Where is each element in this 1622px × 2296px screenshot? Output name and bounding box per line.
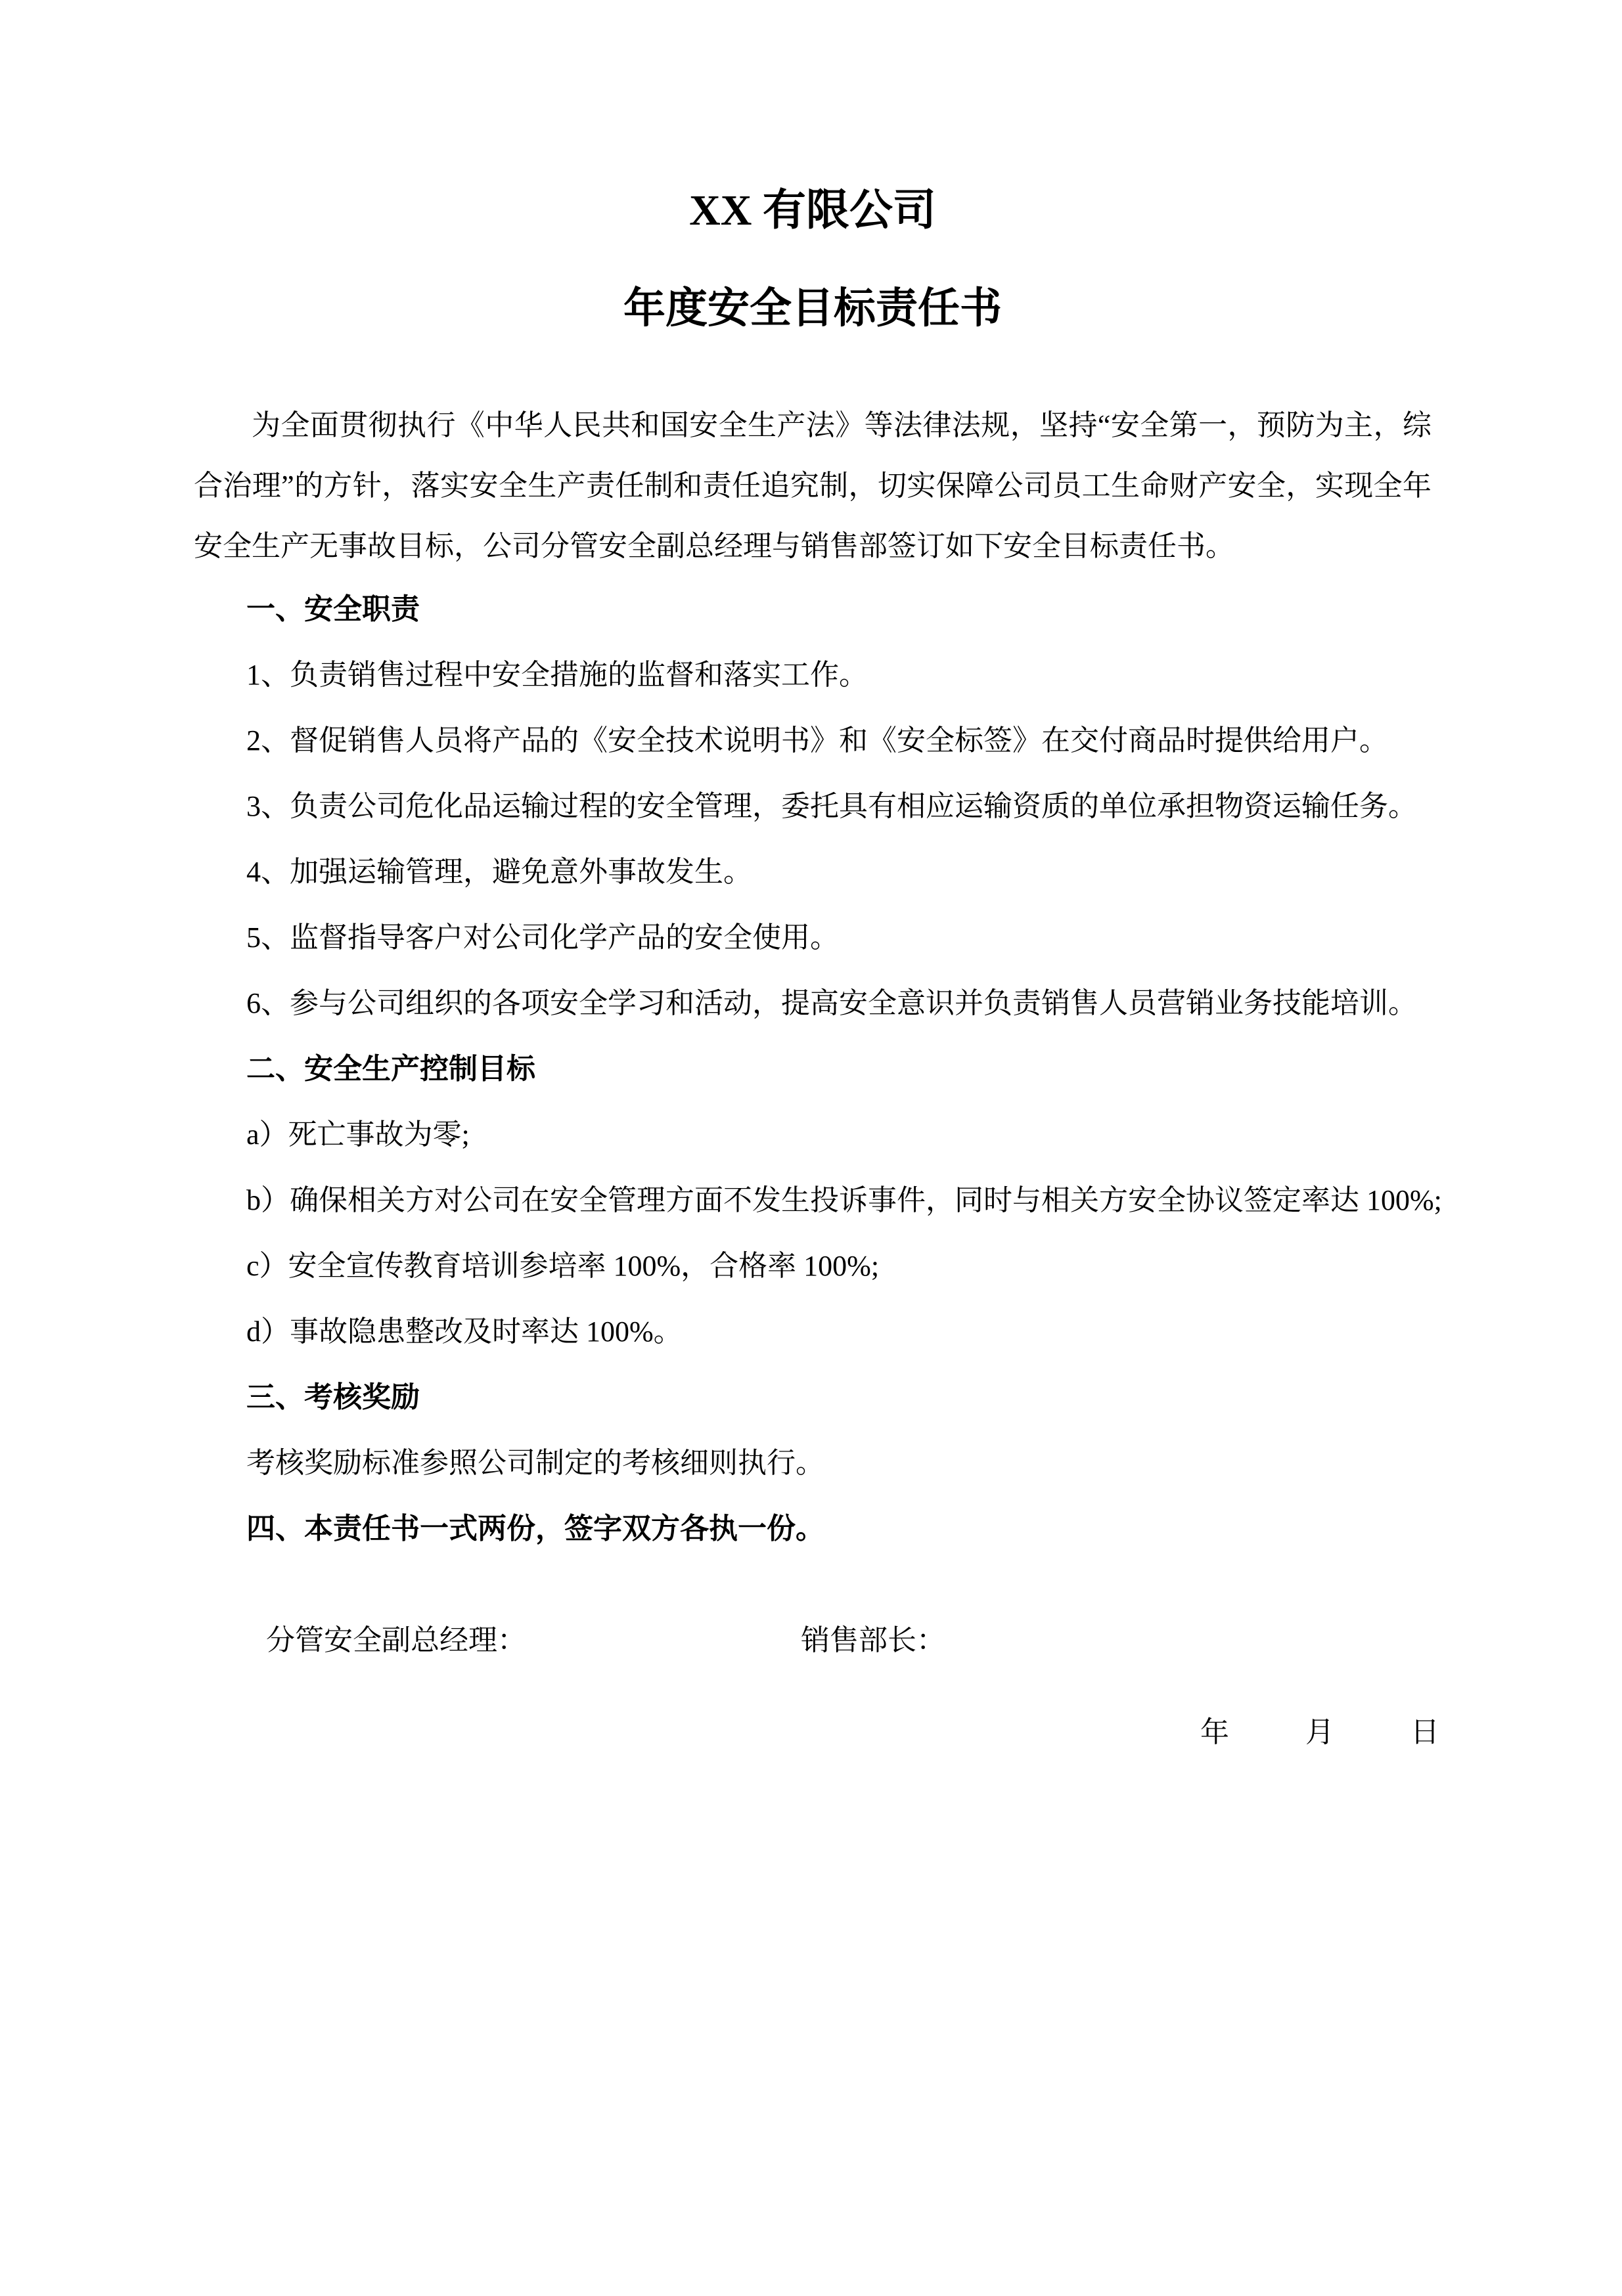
section-2-item-d: d）事故隐患整改及时率达 100%。 [194, 1299, 1431, 1365]
document-title: XX 有限公司 [194, 189, 1431, 232]
section-1-item-4: 4、加强运输管理，避免意外事故发生。 [194, 839, 1431, 905]
section-1-item-1: 1、负责销售过程中安全措施的监督和落实工作。 [194, 642, 1431, 708]
section-3-heading: 三、考核奖励 [194, 1365, 1431, 1430]
signature-left-label: 分管安全副总经理： [266, 1608, 526, 1673]
section-2-item-b: b）确保相关方对公司在安全管理方面不发生投诉事件，同时与相关方安全协议签定率达 … [194, 1168, 1431, 1233]
section-1-heading: 一、安全职责 [194, 577, 1431, 642]
section-1-item-6: 6、参与公司组织的各项安全学习和活动，提高安全意识并负责销售人员营销业务技能培训… [194, 971, 1431, 1036]
section-2-heading: 二、安全生产控制目标 [194, 1036, 1431, 1102]
section-1-item-2: 2、督促销售人员将产品的《安全技术说明书》和《安全标签》在交付商品时提供给用户。 [194, 708, 1431, 774]
date-line: 年 月 日 [194, 1700, 1431, 1765]
section-4-heading: 四、本责任书一式两份，签字双方各执一份。 [194, 1496, 1431, 1562]
section-2-item-c: c）安全宣传教育培训参培率 100%，合格率 100%; [194, 1233, 1431, 1299]
signature-right-label: 销售部长： [801, 1608, 945, 1673]
section-2-item-a: a）死亡事故为零; [194, 1102, 1431, 1168]
date-year-label: 年 [1200, 1700, 1229, 1765]
section-1-item-5: 5、监督指导客户对公司化学产品的安全使用。 [194, 905, 1431, 971]
date-day-label: 日 [1410, 1700, 1439, 1765]
section-1-item-3: 3、负责公司危化品运输过程的安全管理，委托具有相应运输资质的单位承担物资运输任务… [194, 774, 1431, 839]
section-3-body: 考核奖励标准参照公司制定的考核细则执行。 [194, 1430, 1431, 1496]
date-month-label: 月 [1305, 1700, 1334, 1765]
intro-paragraph: 为全面贯彻执行《中华人民共和国安全生产法》等法律法规，坚持“安全第一，预防为主，… [194, 395, 1431, 577]
signature-row: 分管安全副总经理： 销售部长： [194, 1608, 1431, 1673]
document-page: XX 有限公司 年度安全目标责任书 为全面贯彻执行《中华人民共和国安全生产法》等… [0, 0, 1622, 2296]
document-subtitle: 年度安全目标责任书 [194, 288, 1431, 330]
